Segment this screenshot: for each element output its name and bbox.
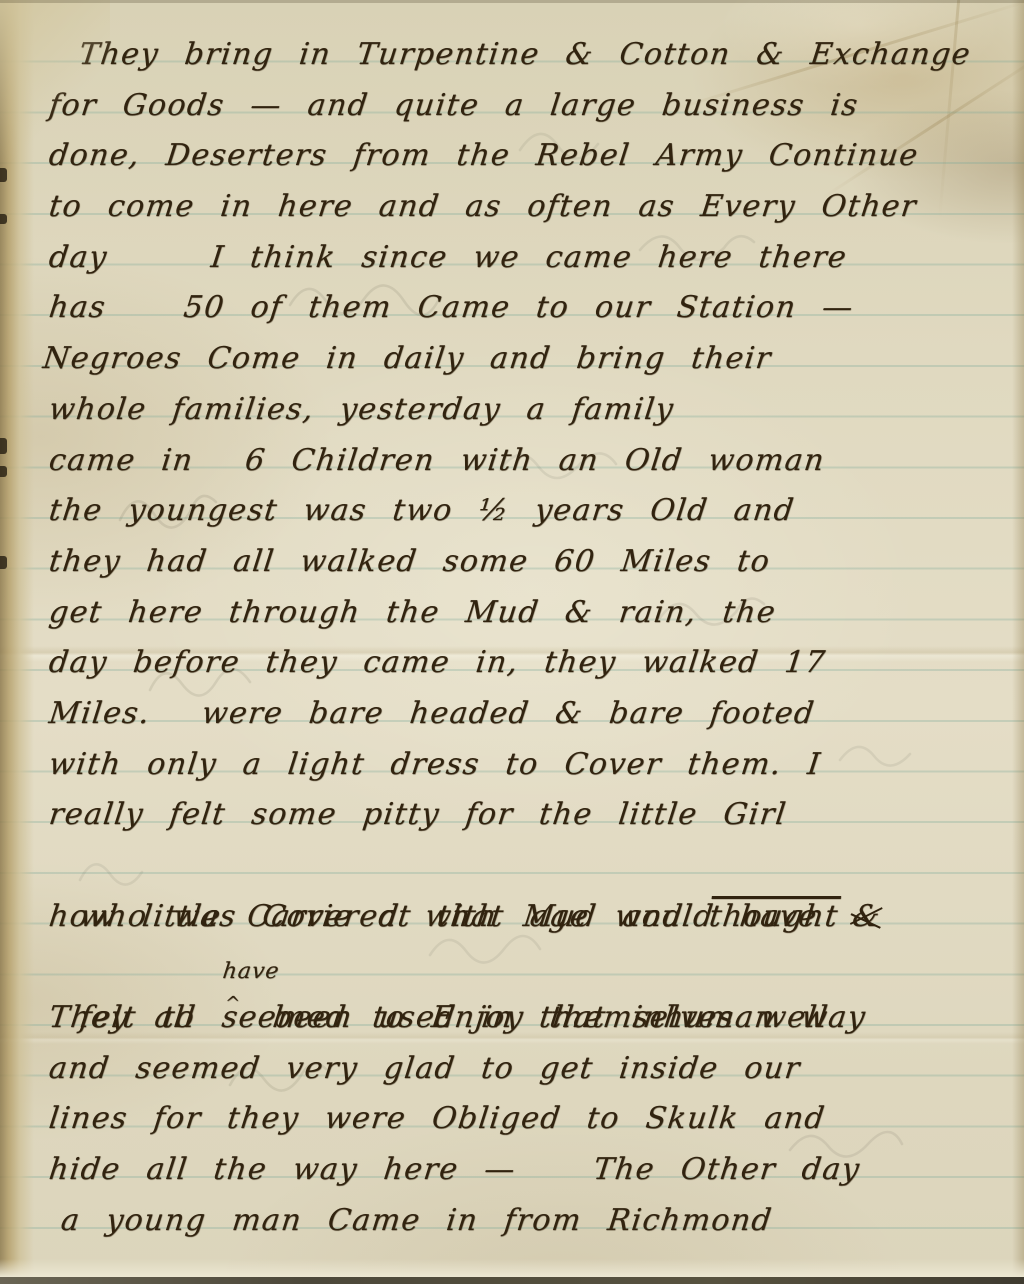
letter-line: really felt some pitty for the little Gi… [46,790,1010,841]
page-bottom-edge [0,1259,1024,1277]
letter-line: for Goods — and quite a large business i… [46,81,1010,132]
letter-line: They bring in Turpentine & Cotton & Exch… [46,30,1010,81]
scan-background-strip [0,1277,1024,1284]
strikeout-mark: & [849,892,883,943]
letter-line: to come in here and as often as Every Ot… [46,182,1010,233]
letter-line: day before they came in, they walked 17 [46,638,1010,689]
letter-line: felt to have^ been used in that inhuman … [46,942,1010,993]
letter-line: the youngest was two ½ years Old and [46,486,1010,537]
page-edge-shadow [1012,0,1024,1284]
letter-line: who was Covered with Mud and thought& [46,841,1010,892]
letter-line: Negroes Come in daily and bring their [46,334,1010,385]
letter-line: has 50 of them Came to our Station — [46,283,1010,334]
letter-line: Miles. were bare headed & bare footed [46,689,1010,740]
letter-line: a young man Came in from Richmond [46,1196,1010,1247]
edge-tear-mark [0,556,7,569]
letter-page: They bring in Turpentine & Cotton & Exch… [0,0,1024,1284]
edge-tear-mark [0,438,7,454]
letter-line: done, Deserters from the Rebel Army Cont… [46,131,1010,182]
letter-line: came in 6 Children with an Old woman [46,436,1010,487]
corner-fold [0,0,110,170]
letter-line: day I think since we came here there [46,233,1010,284]
worn-page-edge [0,0,34,1284]
letter-line: hide all the way here — The Other day [46,1145,1010,1196]
inserted-word: have [221,961,280,983]
letter-line: and seemed very glad to get inside our [46,1044,1010,1095]
edge-tear-mark [0,168,7,182]
letter-line: get here through the Mud & rain, the [46,588,1010,639]
edge-tear-mark [0,466,7,477]
letter-line: lines for they were Obliged to Skulk and [46,1094,1010,1145]
letter-line: whole families, yesterday a family [46,385,1010,436]
edge-tear-mark [0,214,7,224]
page-edge-shadow [0,0,1024,3]
letter-line: they had all walked some 60 Miles to [46,537,1010,588]
letter-body: They bring in Turpentine & Cotton & Exch… [46,30,1010,1247]
letter-line: with only a light dress to Cover them. I [46,740,1010,791]
